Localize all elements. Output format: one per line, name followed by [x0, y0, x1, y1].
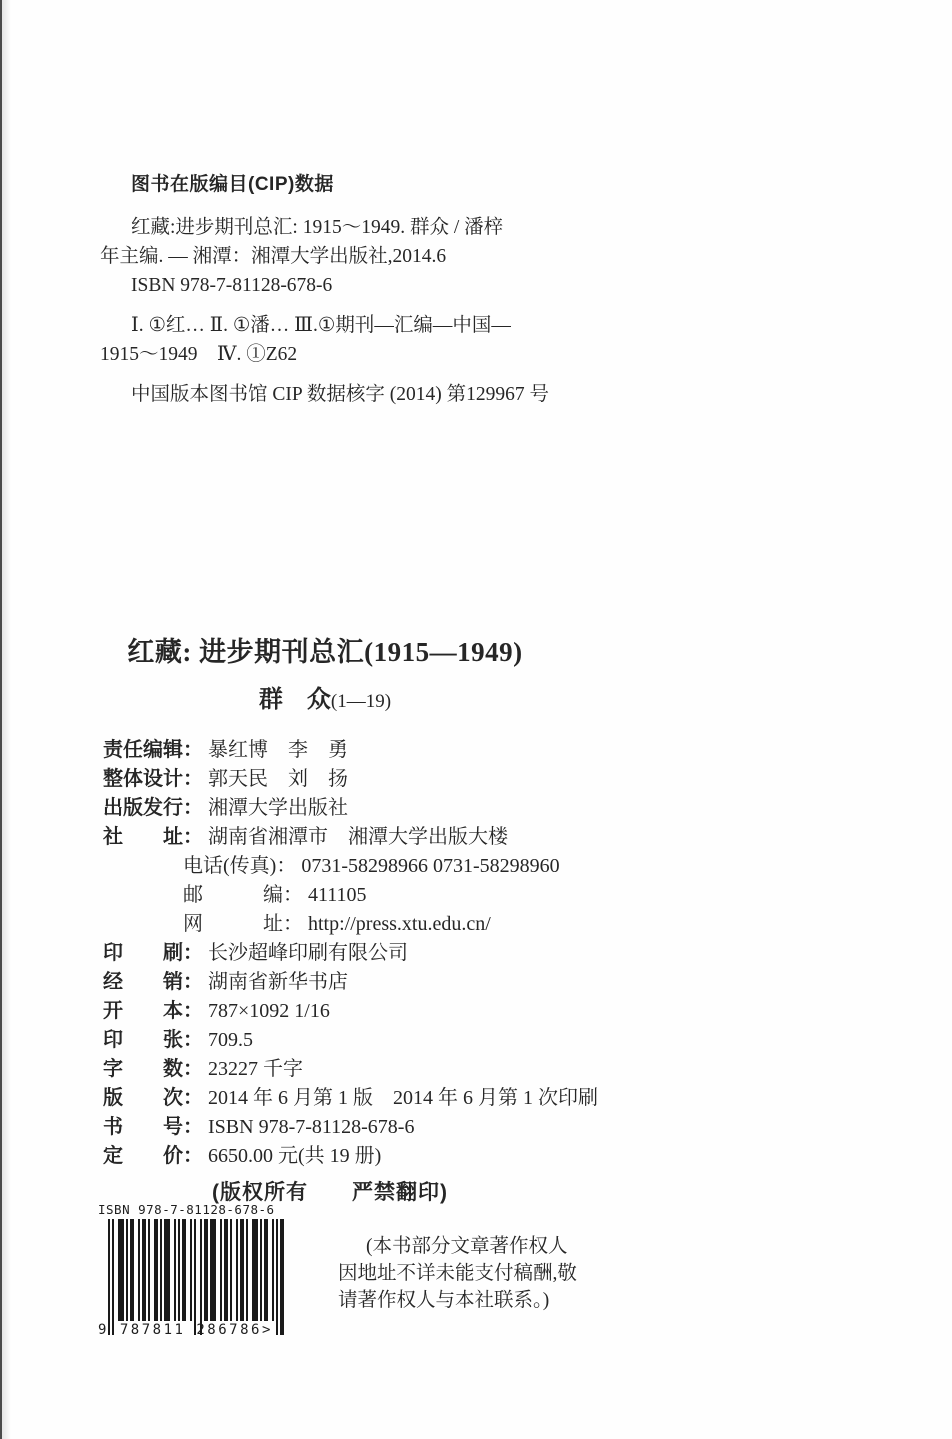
book-copyright-page: 图书在版编目(CIP)数据 红藏:进步期刊总汇: 1915～1949. 群众 /…: [0, 0, 952, 1439]
colophon-row: 电话(传真)：0731-58298966 0731-58298960: [183, 852, 598, 881]
colophon-value: 787×1092 1/16: [208, 1000, 330, 1022]
isbn-barcode: ISBN 978-7-81128-678-6 9 787811 286786>: [98, 1202, 293, 1338]
colophon-value: 23227 千字: [208, 1058, 303, 1080]
colophon-row: 书 号：ISBN 978-7-81128-678-6: [103, 1113, 598, 1142]
barcode-bar: [210, 1219, 216, 1321]
barcode-bar: [108, 1219, 110, 1335]
colophon-label: 开 本：: [103, 1000, 203, 1022]
colophon-label: 书 号：: [103, 1116, 203, 1138]
colophon-value: 湘潭大学出版社: [208, 797, 348, 819]
barcode-bar: [220, 1219, 222, 1321]
barcode-bar: [224, 1219, 228, 1321]
book-subtitle-name: 群 众: [259, 687, 331, 713]
rights-note-line: 请著作权人与本社联系。): [338, 1287, 577, 1314]
cip-line: ISBN 978-7-81128-678-6: [100, 271, 640, 300]
rights-note-line: (本书部分文章著作权人: [338, 1233, 577, 1260]
barcode-bars: [108, 1219, 293, 1335]
colophon-value: 暴红博 李 勇: [208, 739, 348, 761]
rights-note: (本书部分文章著作权人因地址不详未能支付稿酬,敬请著作权人与本社联系。): [338, 1233, 577, 1314]
colophon-label: 经 销：: [103, 971, 203, 993]
colophon-row: 经 销：湖南省新华书店: [103, 968, 598, 997]
colophon-value: 6650.00 元(共 19 册): [208, 1145, 381, 1167]
colophon-row: 出版发行：湘潭大学出版社: [103, 794, 598, 823]
cip-line: 年主编. — 湘潭：湘潭大学出版社,2014.6: [100, 242, 640, 271]
colophon-label: 邮 编：: [183, 884, 303, 906]
barcode-bar: [260, 1219, 262, 1321]
cip-line: 1915～1949 Ⅳ. ①Z62: [100, 340, 640, 369]
barcode-bar: [264, 1219, 268, 1321]
cip-block: 图书在版编目(CIP)数据 红藏:进步期刊总汇: 1915～1949. 群众 /…: [100, 170, 640, 409]
barcode-bar: [164, 1219, 170, 1321]
colophon-label: 电话(传真)：: [183, 855, 296, 877]
barcode-bar: [246, 1219, 248, 1321]
barcode-bar: [118, 1219, 124, 1321]
barcode-bar: [280, 1219, 284, 1335]
barcode-bar: [276, 1219, 278, 1335]
colophon-value: 长沙超峰印刷有限公司: [208, 942, 408, 964]
barcode-bar: [178, 1219, 180, 1321]
barcode-bar: [154, 1219, 158, 1321]
rights-note-line: 因地址不详未能支付稿酬,敬: [338, 1260, 577, 1287]
barcode-bar: [126, 1219, 128, 1321]
colophon-label: 社 址：: [103, 826, 203, 848]
colophon-label: 印 张：: [103, 1029, 203, 1051]
colophon-row: 印 张：709.5: [103, 1026, 598, 1055]
barcode-bar: [182, 1219, 186, 1321]
colophon-value: 郭天民 刘 扬: [208, 768, 348, 790]
colophon-label: 字 数：: [103, 1058, 203, 1080]
colophon-label: 定 价：: [103, 1145, 203, 1167]
barcode-isbn-text: ISBN 978-7-81128-678-6: [98, 1202, 293, 1217]
barcode-bar: [200, 1219, 202, 1335]
barcode-bar: [148, 1219, 150, 1321]
colophon-label: 责任编辑：: [103, 739, 203, 761]
barcode-bar: [194, 1219, 196, 1335]
colophon-list: 责任编辑：暴红博 李 勇整体设计：郭天民 刘 扬出版发行：湘潭大学出版社社 址：…: [103, 736, 598, 1171]
barcode-bar: [204, 1219, 208, 1321]
barcode-digits: 9 787811 286786>: [98, 1322, 293, 1338]
colophon-row: 社 址：湖南省湘潭市 湘潭大学出版大楼: [103, 823, 598, 852]
colophon-row: 网 址：http://press.xtu.edu.cn/: [183, 910, 598, 939]
barcode-bar: [236, 1219, 238, 1321]
colophon-label: 整体设计：: [103, 768, 203, 790]
book-title: 红藏: 进步期刊总汇(1915—1949): [105, 630, 545, 669]
colophon-label: 网 址：: [183, 913, 303, 935]
colophon-label: 版 次：: [103, 1087, 203, 1109]
barcode-bar: [174, 1219, 176, 1321]
colophon-value: ISBN 978-7-81128-678-6: [208, 1116, 414, 1138]
colophon-row: 邮 编：411105: [183, 881, 598, 910]
barcode-bar: [142, 1219, 146, 1321]
cip-line: 中国版本图书馆 CIP 数据核字 (2014) 第129967 号: [100, 380, 640, 409]
book-subtitle-volume-range: (1—19): [331, 691, 391, 712]
book-subtitle: 群 众(1—19): [105, 679, 545, 714]
colophon-label: 印 刷：: [103, 942, 203, 964]
barcode-bar: [240, 1219, 244, 1321]
colophon-value: 湖南省湘潭市 湘潭大学出版大楼: [208, 826, 508, 848]
colophon-row: 开 本：787×1092 1/16: [103, 997, 598, 1026]
colophon-value: 2014 年 6 月第 1 版 2014 年 6 月第 1 次印刷: [208, 1087, 598, 1109]
barcode-digit-string: 9 787811 286786: [98, 1322, 262, 1338]
barcode-bar: [160, 1219, 162, 1321]
barcode-bar: [130, 1219, 134, 1321]
colophon-value: 709.5: [208, 1029, 253, 1051]
barcode-bar: [112, 1219, 114, 1335]
colophon-row: 责任编辑：暴红博 李 勇: [103, 736, 598, 765]
barcode-bar: [252, 1219, 258, 1321]
barcode-bar: [272, 1219, 274, 1321]
colophon-value: 0731-58298966 0731-58298960: [301, 855, 559, 877]
colophon-row: 印 刷：长沙超峰印刷有限公司: [103, 939, 598, 968]
barcode-bar: [230, 1219, 232, 1321]
cip-line: Ⅰ. ①红… Ⅱ. ①潘… Ⅲ.①期刊—汇编—中国—: [100, 311, 640, 340]
colophon-value: 411105: [308, 884, 367, 906]
barcode-trailing-mark: >: [262, 1322, 273, 1338]
cip-body: 红藏:进步期刊总汇: 1915～1949. 群众 / 潘梓年主编. — 湘潭：湘…: [100, 213, 640, 409]
colophon-row: 整体设计：郭天民 刘 扬: [103, 765, 598, 794]
barcode-bar: [138, 1219, 140, 1321]
colophon-value: 湖南省新华书店: [208, 971, 348, 993]
colophon-value: http://press.xtu.edu.cn/: [308, 913, 491, 935]
title-block: 红藏: 进步期刊总汇(1915—1949) 群 众(1—19): [105, 630, 545, 714]
scan-edge-shade: [2, 0, 11, 1439]
barcode-bar: [190, 1219, 192, 1321]
colophon-row: 定 价：6650.00 元(共 19 册): [103, 1142, 598, 1171]
colophon-row: 字 数：23227 千字: [103, 1055, 598, 1084]
colophon-row: 版 次：2014 年 6 月第 1 版 2014 年 6 月第 1 次印刷: [103, 1084, 598, 1113]
cip-line: 红藏:进步期刊总汇: 1915～1949. 群众 / 潘梓: [100, 213, 640, 242]
cip-heading: 图书在版编目(CIP)数据: [131, 170, 640, 199]
colophon-label: 出版发行：: [103, 797, 203, 819]
